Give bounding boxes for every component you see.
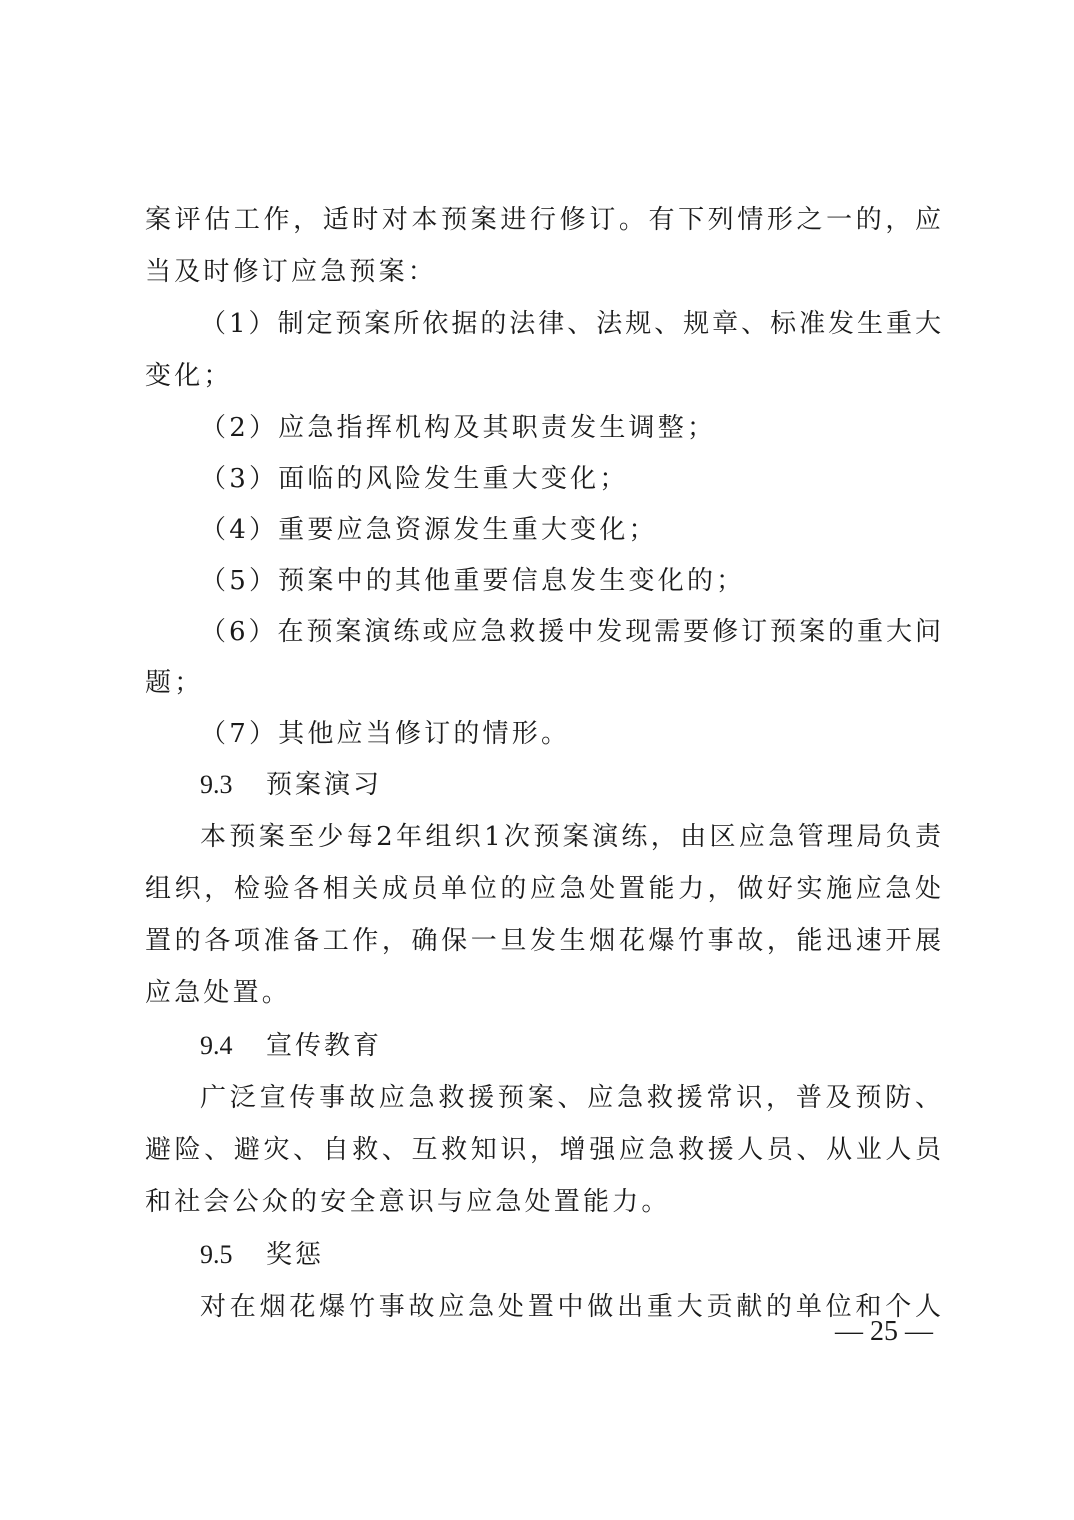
list-item-6: （6）在预案演练或应急救援中发现需要修订预案的重大问	[200, 615, 941, 649]
paragraph-line: 组织，检验各相关成员单位的应急处置能力，做好实施应急处	[145, 872, 941, 906]
page-number: — 25 —	[835, 1315, 933, 1349]
paragraph-line: 和社会公众的安全意识与应急处置能力。	[145, 1185, 941, 1219]
list-item-2: （2）应急指挥机构及其职责发生调整；	[200, 411, 941, 445]
section-title: 预案演习	[266, 770, 382, 800]
section-title: 奖惩	[266, 1240, 324, 1270]
paragraph-line: 当及时修订应急预案：	[145, 255, 941, 289]
list-item-1: （1）制定预案所依据的法律、法规、规章、标准发生重大	[200, 307, 941, 341]
section-heading-9-3: 9.3预案演习	[200, 768, 382, 802]
section-number: 9.5	[200, 1238, 266, 1272]
section-number: 9.3	[200, 768, 266, 802]
list-item-5: （5）预案中的其他重要信息发生变化的；	[200, 564, 941, 598]
section-heading-9-4: 9.4宣传教育	[200, 1029, 382, 1063]
paragraph-line: 案评估工作，适时对本预案进行修订。有下列情形之一的，应	[145, 203, 941, 237]
list-item-3: （3）面临的风险发生重大变化；	[200, 462, 941, 496]
paragraph-line: 避险、避灾、自救、互救知识，增强应急救援人员、从业人员	[145, 1133, 941, 1167]
paragraph-line: 广泛宣传事故应急救援预案、应急救援常识，普及预防、	[200, 1081, 941, 1115]
paragraph-line: 对在烟花爆竹事故应急处置中做出重大贡献的单位和个人	[200, 1290, 941, 1324]
section-title: 宣传教育	[266, 1031, 382, 1061]
paragraph-line: 本预案至少每2年组织1次预案演练，由区应急管理局负责	[200, 820, 941, 854]
paragraph-line: 置的各项准备工作，确保一旦发生烟花爆竹事故，能迅速开展	[145, 924, 941, 958]
list-item-6-continuation: 题；	[145, 666, 941, 700]
document-page: 案评估工作，适时对本预案进行修订。有下列情形之一的，应 当及时修订应急预案： （…	[0, 0, 1074, 1520]
list-item-7: （7）其他应当修订的情形。	[200, 717, 941, 751]
section-number: 9.4	[200, 1029, 266, 1063]
section-heading-9-5: 9.5奖惩	[200, 1238, 324, 1272]
paragraph-line: 应急处置。	[145, 976, 941, 1010]
list-item-1-continuation: 变化；	[145, 359, 941, 393]
list-item-4: （4）重要应急资源发生重大变化；	[200, 513, 941, 547]
